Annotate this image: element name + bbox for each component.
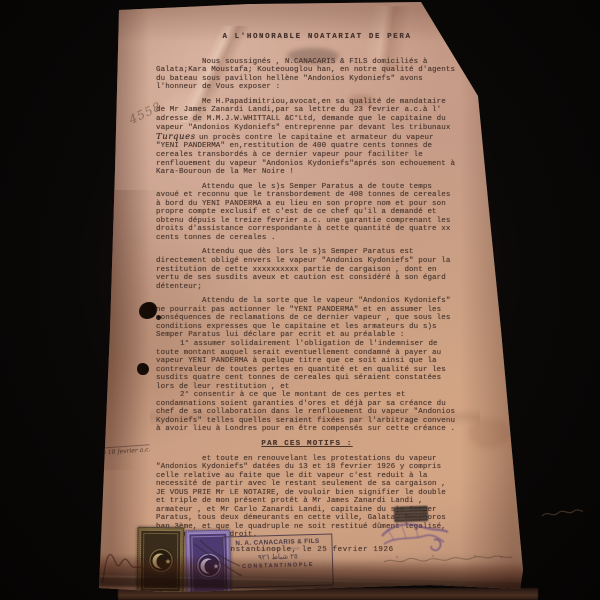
ink-speck bbox=[530, 446, 536, 451]
paragraph-attendu-1: Attendu que le s)s Semper Paratus a de t… bbox=[156, 183, 458, 243]
handwritten-word-turques: Turques bbox=[156, 132, 199, 142]
typed-content: A L'HONORABLE NOATARIAT DE PERA Nous sou… bbox=[156, 33, 458, 555]
paper-stain bbox=[468, 418, 510, 448]
paragraph-attendu-2: Attendu que dès lors le s)s Semper Parat… bbox=[156, 248, 458, 291]
margin-note-annotation: Pb 18 fevrier a.c. bbox=[98, 444, 151, 457]
document-title: A L'HONORABLE NOATARIAT DE PERA bbox=[176, 33, 458, 42]
motifs-heading: PAR CES MOTIFS : bbox=[156, 440, 458, 449]
ottoman-seal-stamp bbox=[394, 505, 429, 522]
paragraph-attendu-3: Attendu de la sorte que le vapeur "Andon… bbox=[156, 297, 458, 340]
ink-blot bbox=[139, 302, 157, 319]
paragraph-preamble: Nous soussignés , N.CANACARIS & FILS dom… bbox=[156, 58, 458, 92]
closing-paragraph: et toute en renouvelant les protestation… bbox=[156, 455, 458, 540]
paragraph-mandate: Me H.Papadimitriou,avocat,en sa qualité … bbox=[156, 98, 458, 177]
paragraph-mandate-part1: Me H.Papadimitriou,avocat,en sa qualité … bbox=[156, 98, 450, 133]
paragraph-mandate-part2: un procès contre le capitaine et armateu… bbox=[156, 134, 455, 176]
backdrop-artifact bbox=[540, 504, 584, 522]
clause-1: 1° assumer solidairement l'obligation de… bbox=[156, 340, 458, 391]
ink-blot bbox=[137, 363, 149, 375]
document-paper: A L'HONORABLE NOATARIAT DE PERA Nous sou… bbox=[0, 0, 600, 600]
clause-2: 2° consentir à ce que le montant de ces … bbox=[156, 391, 458, 434]
photo-backdrop: A L'HONORABLE NOATARIAT DE PERA Nous sou… bbox=[0, 0, 600, 600]
